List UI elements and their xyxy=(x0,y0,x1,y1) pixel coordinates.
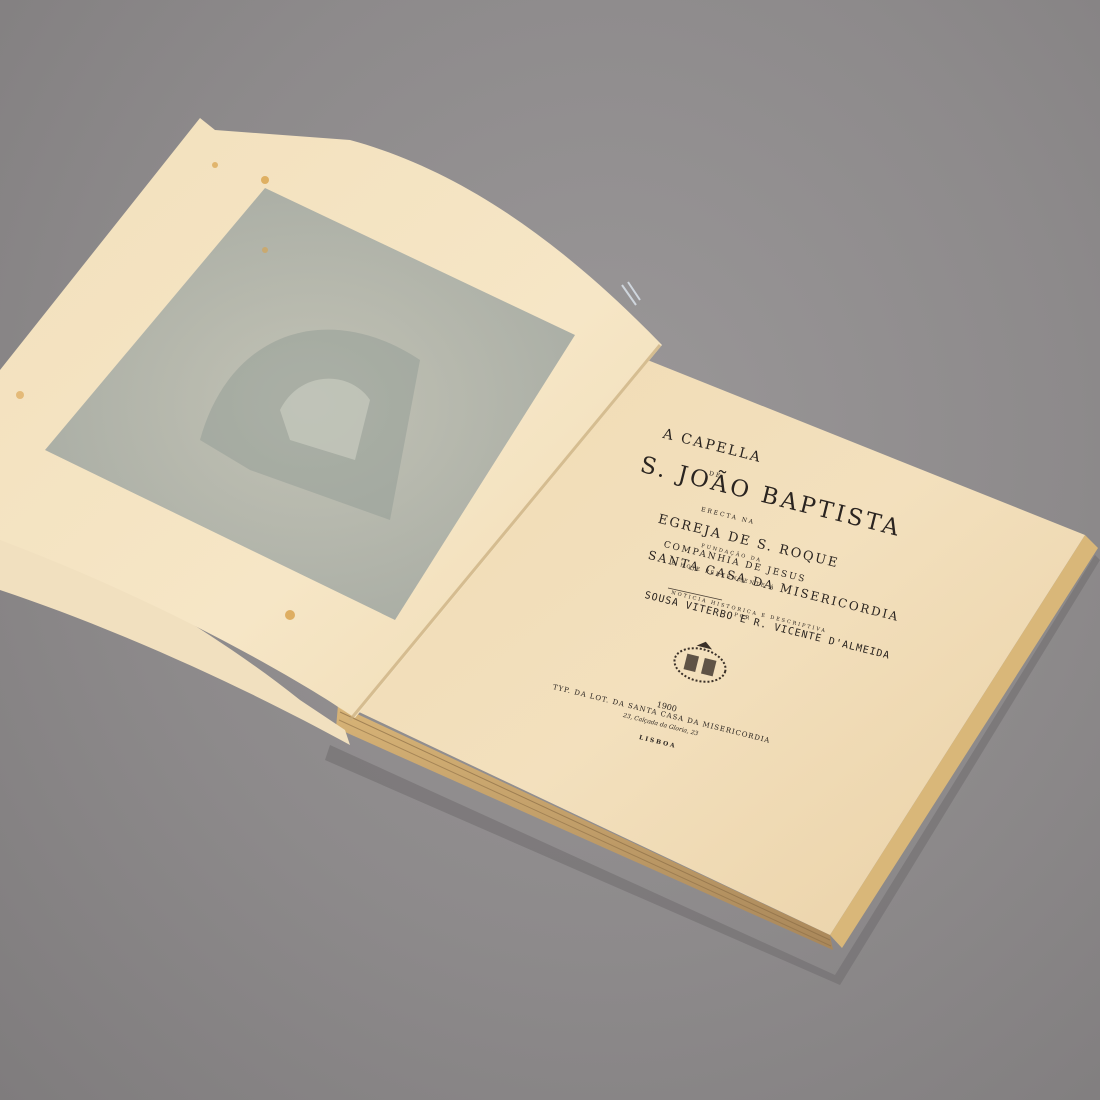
title-page-text: A CAPELLA DE S. JOÃO BAPTISTA ERECTA NA … xyxy=(0,0,1100,1100)
photo-scene: A CAPELLA DE S. JOÃO BAPTISTA ERECTA NA … xyxy=(0,0,1100,1100)
title-line-santa-casa: SANTA CASA DA MISERICORDIA xyxy=(647,548,901,624)
imprint-printer: TYP. DA LOT. DA SANTA CASA DA MISERICORD… xyxy=(552,683,771,745)
imprint-city: LISBOA xyxy=(638,734,677,750)
